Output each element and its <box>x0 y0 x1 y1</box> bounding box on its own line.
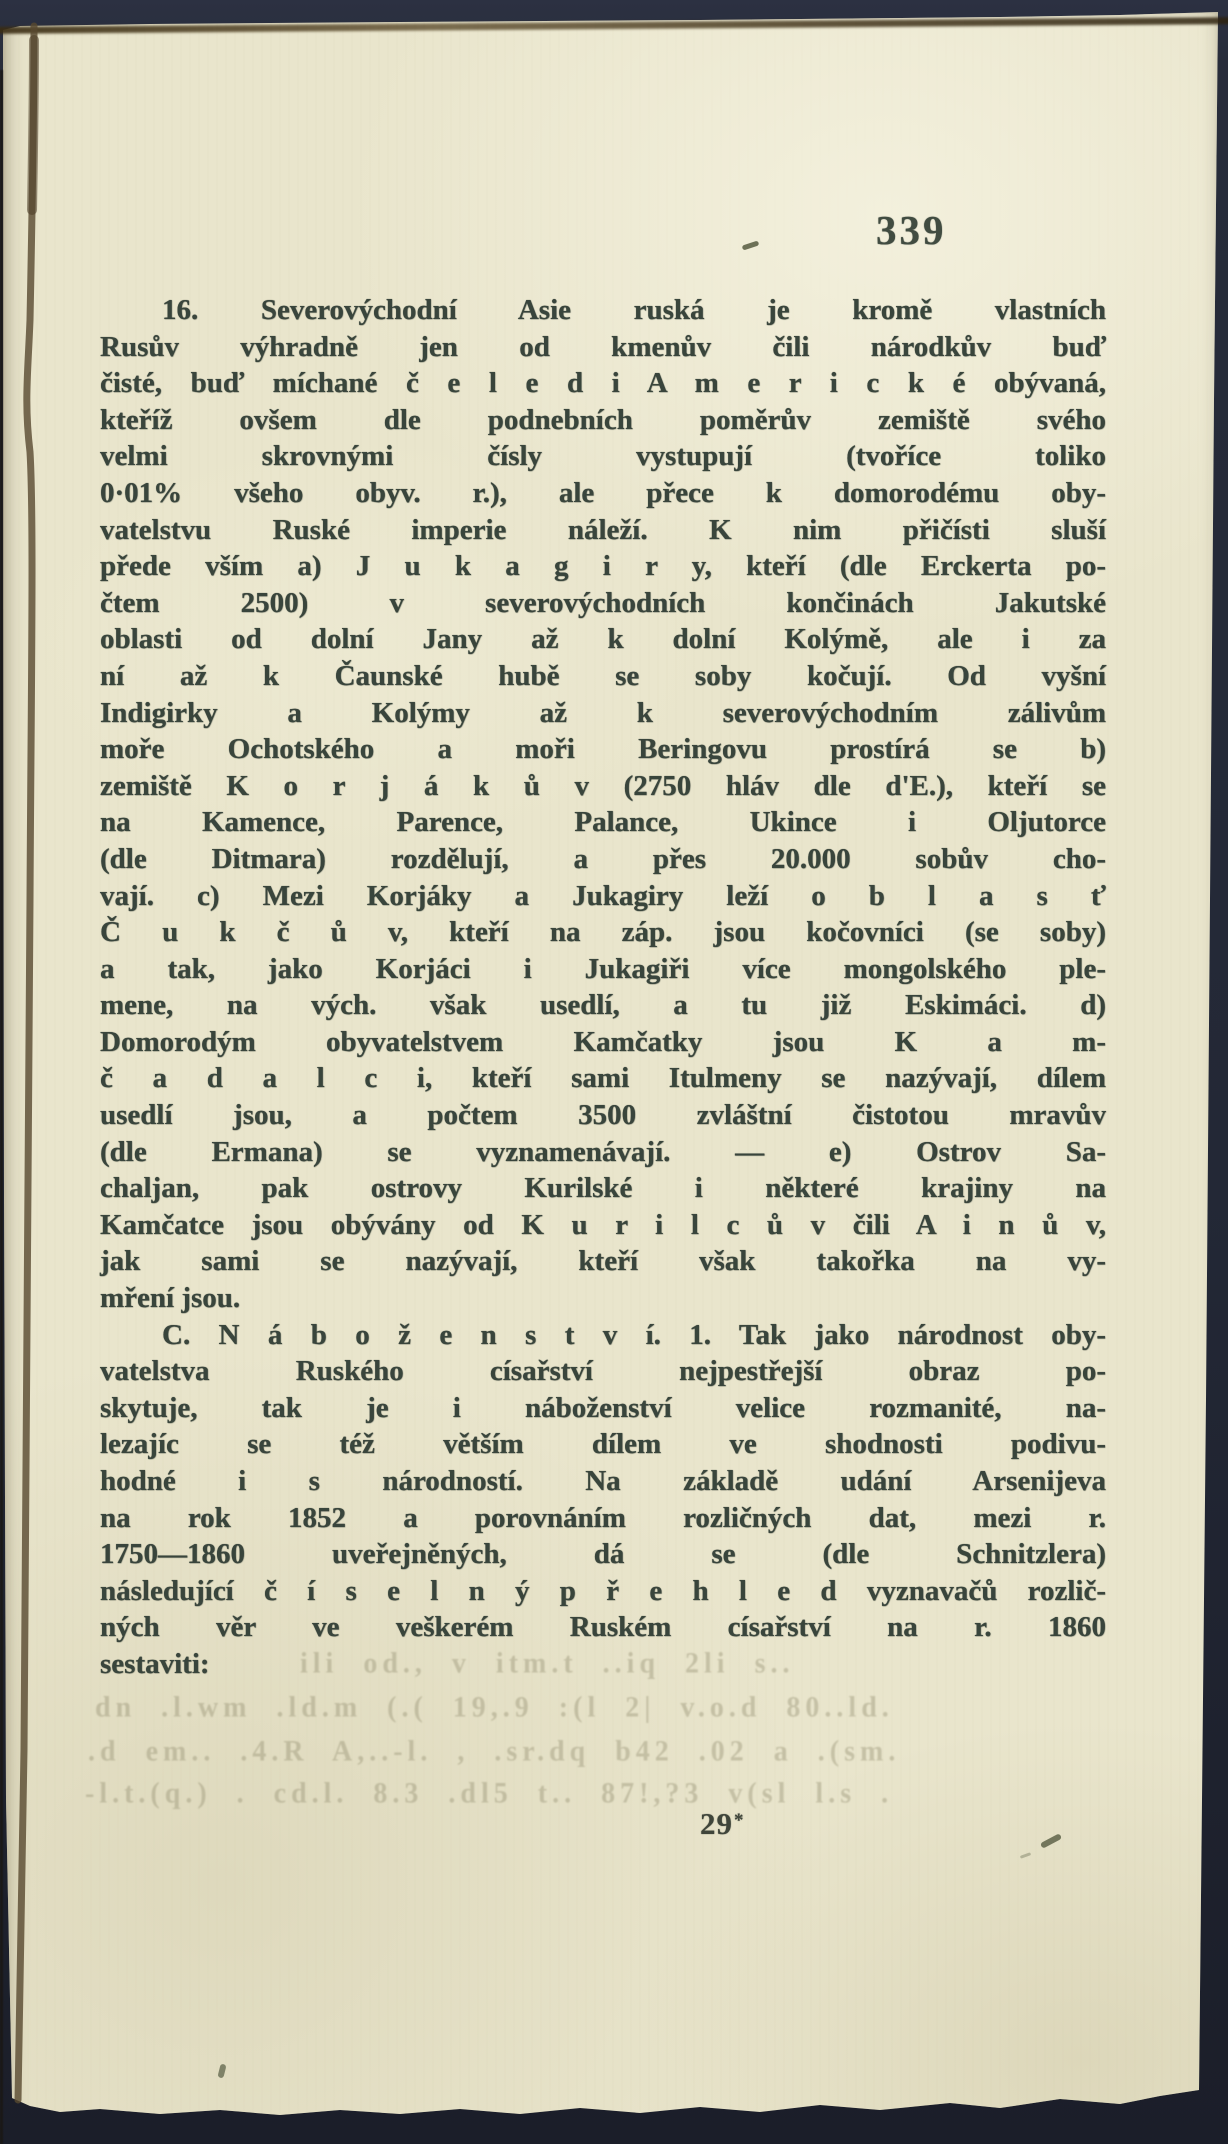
text-line: vatelstva Ruského císařství nejpestřejší… <box>100 1353 1106 1390</box>
text-line: sestaviti: <box>100 1646 1106 1683</box>
text-line: skytuje, tak je i náboženství velice roz… <box>100 1390 1106 1427</box>
text-line: vají. c) Mezi Korjáky a Jukagiry leží o … <box>100 878 1106 915</box>
text-line: (dle Ermana) se vyznamenávají. — e) Ostr… <box>100 1134 1106 1171</box>
text-line: č a d a l c i, kteří sami Itulmeny se na… <box>100 1060 1106 1097</box>
body-text: 16. Severovýchodní Asie ruská je kromě v… <box>100 292 1106 1683</box>
text-line: vatelstvu Ruské imperie náleží. K nim př… <box>100 512 1106 549</box>
text-line: Kamčatce jsou obývány od K u r i l c ů v… <box>100 1207 1106 1244</box>
text-line: následující č í s e l n ý p ř e h l e d … <box>100 1573 1106 1610</box>
text-line: Indigirky a Kolýmy až k severovýchodním … <box>100 695 1106 732</box>
page-number: 339 <box>876 206 947 254</box>
scanned-book-page: { "page": { "number": "339", "signature"… <box>0 0 1228 2144</box>
text-line: moře Ochotského a moři Beringovu prostír… <box>100 731 1106 768</box>
text-line: 0·01% všeho obyv. r.), ale přece k domor… <box>100 475 1106 512</box>
text-line: (dle Ditmara) rozdělují, a přes 20.000 s… <box>100 841 1106 878</box>
signature-mark: 29* <box>700 1806 745 1842</box>
text-line: hodné i s národností. Na základě udání A… <box>100 1463 1106 1500</box>
text-line: velmi skrovnými čísly vystupují (tvoříce… <box>100 438 1106 475</box>
signature-number: 29 <box>700 1806 733 1841</box>
text-line: ných věr ve veškerém Ruském císařství na… <box>100 1609 1106 1646</box>
text-line: mření jsou. <box>100 1280 1106 1317</box>
text-line: zemiště K o r j á k ů v (2750 hláv dle d… <box>100 768 1106 805</box>
text-line: Domorodým obyvatelstvem Kamčatky jsou K … <box>100 1024 1106 1061</box>
text-line: kteříž ovšem dle podnebních poměrův zemi… <box>100 402 1106 439</box>
text-line: přede vším a) J u k a g i r y, kteří (dl… <box>100 548 1106 585</box>
text-line: na Kamence, Parence, Palance, Ukince i O… <box>100 804 1106 841</box>
text-line: Rusův výhradně jen od kmenův čili národk… <box>100 329 1106 366</box>
text-line: 1750—1860 uveřejněných, dá se (dle Schni… <box>100 1536 1106 1573</box>
text-line: čisté, buď míchané č e l e d i A m e r i… <box>100 365 1106 402</box>
text-line: C. N á b o ž e n s t v í. 1. Tak jako ná… <box>100 1317 1106 1354</box>
text-line: mene, na vých. však usedlí, a tu již Esk… <box>100 987 1106 1024</box>
text-line: Č u k č ů v, kteří na záp. jsou kočovníc… <box>100 914 1106 951</box>
text-line: a tak, jako Korjáci i Jukagiři více mong… <box>100 951 1106 988</box>
text-line: jak sami se nazývají, kteří však takořka… <box>100 1243 1106 1280</box>
text-line: na rok 1852 a porovnáním rozličných dat,… <box>100 1500 1106 1537</box>
text-line: čtem 2500) v severovýchodních končinách … <box>100 585 1106 622</box>
text-line: lezajíc se též větším dílem ve shodnosti… <box>100 1426 1106 1463</box>
text-line: oblasti od dolní Jany až k dolní Kolýmě,… <box>100 621 1106 658</box>
signature-star: * <box>734 1810 745 1831</box>
text-line: usedlí jsou, a počtem 3500 zvláštní čist… <box>100 1097 1106 1134</box>
text-line: chaljan, pak ostrovy Kurilské i některé … <box>100 1170 1106 1207</box>
text-line: ní až k Čaunské hubě se soby kočují. Od … <box>100 658 1106 695</box>
text-line: 16. Severovýchodní Asie ruská je kromě v… <box>100 292 1106 329</box>
